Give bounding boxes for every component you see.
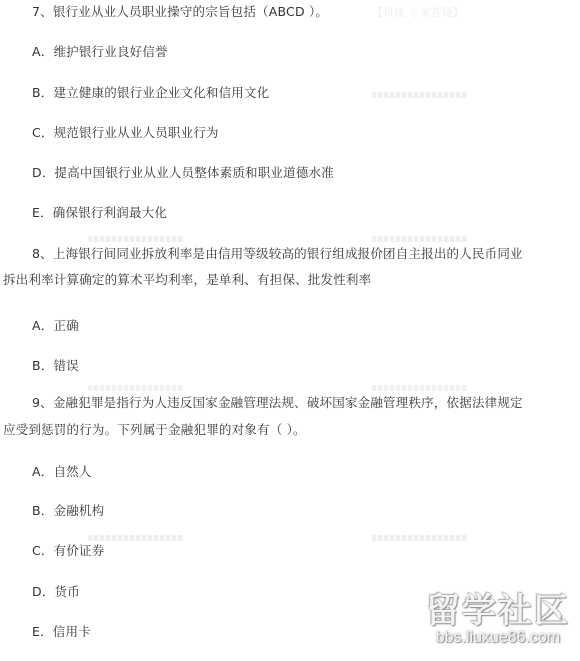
question-9-option-c: C．有价证券: [32, 543, 104, 559]
question-9-option-b: B．金融机构: [32, 503, 104, 519]
question-9-option-e: E．信用卡: [32, 624, 91, 640]
question-7-option-c: C．规范银行业从业人员职业行为: [32, 125, 219, 141]
watermark-logo: 留学社区 bbs.liuxue86.com: [418, 593, 578, 655]
question-7-stem: 7、银行业从业人员职业操守的宗旨包括（ABCD ）。: [32, 4, 328, 20]
question-8-option-a: A．正确: [32, 318, 79, 334]
question-7-faint-tag: 【讲座 专家答疑】: [372, 5, 464, 21]
question-8-stem-line2: 拆出利率计算确定的算术平均利率，是单利、有担保、批发性利率: [3, 272, 371, 288]
watermark-logo-title: 留学社区: [418, 593, 578, 629]
faint-watermark: [372, 236, 468, 242]
question-7-option-e: E．确保银行利润最大化: [32, 205, 167, 221]
question-9-option-d: D．货币: [32, 584, 80, 600]
question-8-option-b: B．错误: [32, 358, 79, 374]
question-8-stem-line1: 8、上海银行间同业拆放利率是由信用等级较高的银行组成报价团自主报出的人民币同业: [32, 246, 523, 262]
question-9-stem-line1: 9、金融犯罪是指行为人违反国家金融管理法规、破坏国家金融管理秩序，依据法律规定: [32, 395, 523, 411]
faint-watermark: [88, 535, 184, 541]
faint-watermark: [372, 92, 468, 98]
question-7-option-b: B．建立健康的银行业企业文化和信用文化: [32, 85, 269, 101]
question-7-option-a: A．维护银行业良好信誉: [32, 44, 168, 60]
faint-watermark: [88, 236, 184, 242]
faint-watermark: [372, 535, 468, 541]
question-9-option-a: A．自然人: [32, 464, 92, 480]
watermark-logo-url: bbs.liuxue86.com: [418, 629, 578, 647]
faint-watermark: [88, 385, 184, 391]
question-9-stem-line2: 应受到惩罚的行为。下列属于金融犯罪的对象有（ ）。: [3, 422, 306, 438]
question-7-option-d: D．提高中国银行业从业人员整体素质和职业道德水准: [32, 165, 334, 181]
faint-watermark: [372, 385, 468, 391]
